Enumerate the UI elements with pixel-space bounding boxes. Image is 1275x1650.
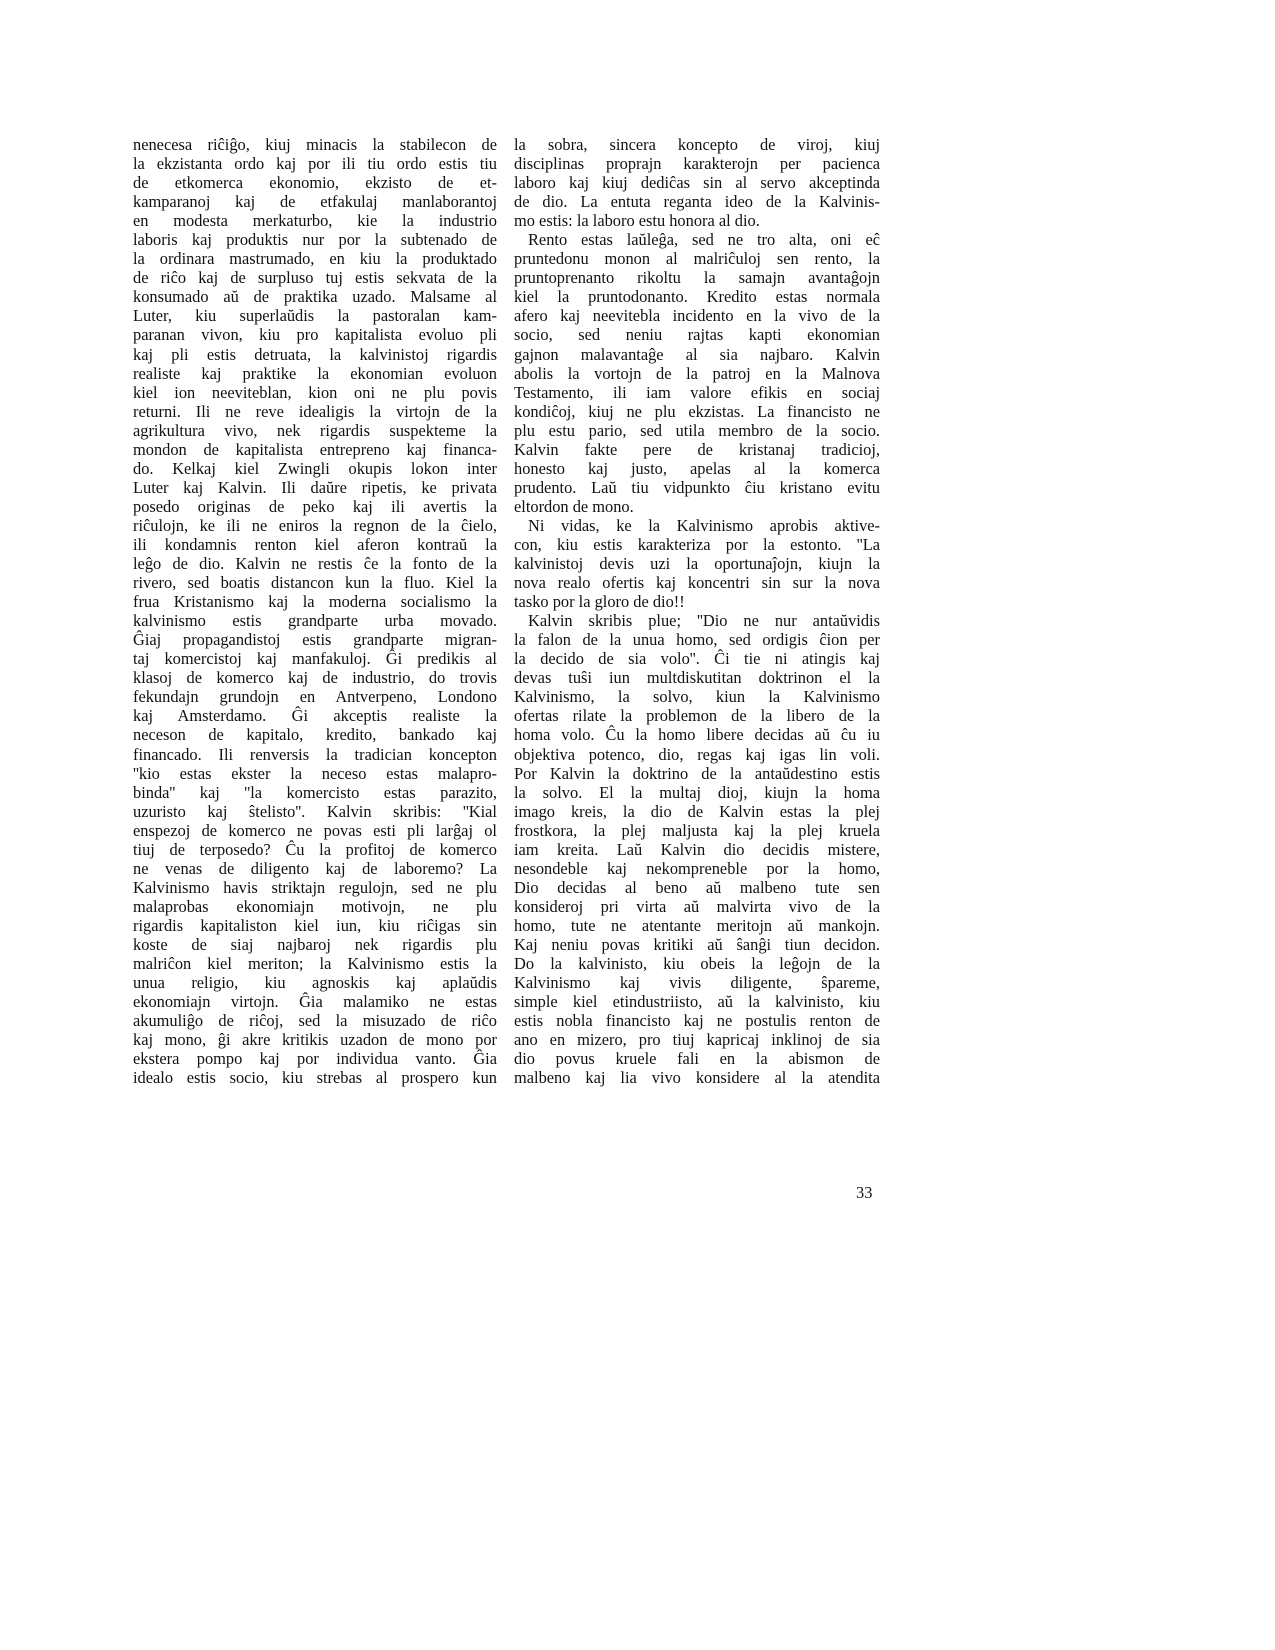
text-line: kamparanoj kaj de etfakulaj manlaboranto… [133, 192, 497, 211]
text-line: Kalvin skribis plue; ''Dio ne nur antaŭv… [514, 611, 880, 630]
right-text-column: la sobra, sincera koncepto de viroj, kiu… [514, 135, 880, 1087]
text-line: dio povus kruele fali en la abismon de [514, 1049, 880, 1068]
text-line: uzuristo kaj ŝtelisto''. Kalvin skribis:… [133, 802, 497, 821]
text-line: kondiĉoj, kiuj ne plu ekzistas. La finan… [514, 402, 880, 421]
text-line: Ĝiaj propagandistoj estis grandparte mig… [133, 630, 497, 649]
text-line: koste de siaj najbaroj nek rigardis plu [133, 935, 497, 954]
text-line: ofertas rilate la problemon de la libero… [514, 706, 880, 725]
text-line: do. Kelkaj kiel Zwingli okupis lokon int… [133, 459, 497, 478]
text-line: Testamento, ili iam valore efikis en soc… [514, 383, 880, 402]
text-line: riĉulojn, ke ili ne eniros la regnon de … [133, 516, 497, 535]
text-line: con, kiu estis karakteriza por la estont… [514, 535, 880, 554]
text-line: konsumado aŭ de praktika uzado. Malsame … [133, 287, 497, 306]
text-line: Do la kalvinisto, kiu obeis la leĝojn de… [514, 954, 880, 973]
text-line: afero kaj neevitebla incidento en la viv… [514, 306, 880, 325]
text-line: la ordinara mastrumado, en kiu la produk… [133, 249, 497, 268]
text-line: pruntedonu monon al malriĉuloj sen rento… [514, 249, 880, 268]
text-line: idealo estis socio, kiu strebas al prosp… [133, 1068, 497, 1087]
text-line: la decido de sia volo''. Ĉi tie ni ating… [514, 649, 880, 668]
text-line: de dio. La entuta reganta ideo de la Kal… [514, 192, 880, 211]
text-line: Kaj neniu povas kritiki aŭ ŝanĝi tiun de… [514, 935, 880, 954]
text-line: klasoj de komerco kaj de industrio, do t… [133, 668, 497, 687]
text-line: malaprobas ekonomiajn motivojn, ne plu [133, 897, 497, 916]
text-line: Kalvinismo havis striktajn regulojn, sed… [133, 878, 497, 897]
text-line: Por Kalvin la doktrino de la antaŭdestin… [514, 764, 880, 783]
text-line: malbeno kaj lia vivo konsidere al la ate… [514, 1068, 880, 1087]
text-line: tiuj de terposedo? Ĉu la profitoj de kom… [133, 840, 497, 859]
text-line: frostkora, la plej maljusta kaj la plej … [514, 821, 880, 840]
text-line: la falon de la unua homo, sed ordigis ĉi… [514, 630, 880, 649]
text-line: devas tuŝi iun multdiskutitan doktrinon … [514, 668, 880, 687]
text-line: eltordon de mono. [514, 497, 880, 516]
text-line: taj komercistoj kaj manfakuloj. Ĝi predi… [133, 649, 497, 668]
text-line: mo estis: la laboro estu honora al dio. [514, 211, 880, 230]
text-line: de etkomerca ekonomio, ekzisto de et- [133, 173, 497, 192]
text-line: Luter, kiu superlaŭdis la pastoralan kam… [133, 306, 497, 325]
text-line: plu estu pario, sed utila membro de la s… [514, 421, 880, 440]
text-line: honesto kaj justo, apelas al la komerca [514, 459, 880, 478]
text-line: kalvinistoj devis uzi la oportunaĵojn, k… [514, 554, 880, 573]
text-line: socio, sed neniu rajtas kapti ekonomian [514, 325, 880, 344]
text-line: financado. Ili renversis la tradician ko… [133, 745, 497, 764]
page-number: 33 [856, 1183, 872, 1203]
text-line: Kalvinismo, la solvo, kiun la Kalvinismo [514, 687, 880, 706]
text-line: prudento. Laŭ tiu vidpunkto ĉiu kristano… [514, 478, 880, 497]
text-line: disciplinas proprajn karakterojn per pac… [514, 154, 880, 173]
text-line: fekundajn grundojn en Antverpeno, London… [133, 687, 497, 706]
text-line: ekstera pompo kaj por individua vanto. Ĝ… [133, 1049, 497, 1068]
text-line: neceson de kapitalo, kredito, bankado ka… [133, 725, 497, 744]
text-line: estis nobla financisto kaj ne postulis r… [514, 1011, 880, 1030]
text-line: kaj pli estis detruata, la kalvinistoj r… [133, 345, 497, 364]
text-line: frua Kristanismo kaj la moderna socialis… [133, 592, 497, 611]
text-line: la solvo. El la multaj dioj, kiujn la ho… [514, 783, 880, 802]
text-line: homo, tute ne atentante meritojn aŭ mank… [514, 916, 880, 935]
text-line: Ni vidas, ke la Kalvinismo aprobis aktiv… [514, 516, 880, 535]
left-text-column: nenecesa riĉiĝo, kiuj minacis la stabile… [133, 135, 497, 1087]
text-line: mondon de kapitalista entrepreno kaj fin… [133, 440, 497, 459]
text-line: rivero, sed boatis distancon kun la fluo… [133, 573, 497, 592]
text-line: kaj mono, ĝi akre kritikis uzadon de mon… [133, 1030, 497, 1049]
text-line: la sobra, sincera koncepto de viroj, kiu… [514, 135, 880, 154]
text-line: kalvinismo estis grandparte urba movado. [133, 611, 497, 630]
text-line: binda'' kaj ''la komercisto estas parazi… [133, 783, 497, 802]
text-line: iam kreita. Laŭ Kalvin dio decidis miste… [514, 840, 880, 859]
text-line: kiel la pruntodonanto. Kredito estas nor… [514, 287, 880, 306]
text-line: leĝo de dio. Kalvin ne restis ĉe la font… [133, 554, 497, 573]
text-line: malriĉon kiel meriton; la Kalvinismo est… [133, 954, 497, 973]
text-line: nova realo ofertis kaj koncentri sin sur… [514, 573, 880, 592]
text-line: laboro kaj kiuj dediĉas sin al servo akc… [514, 173, 880, 192]
text-line: unua religio, kiu agnoskis kaj aplaŭdis [133, 973, 497, 992]
text-line: enspezoj de komerco ne povas esti pli la… [133, 821, 497, 840]
text-line: pruntoprenanto rikoltu la samajn avantaĝ… [514, 268, 880, 287]
text-line: paranan vivon, kiu pro kapitalista evolu… [133, 325, 497, 344]
text-line: abolis la vortojn de la patroj en la Mal… [514, 364, 880, 383]
text-line: objektiva potenco, dio, regas kaj igas l… [514, 745, 880, 764]
text-line: ano en mizero, pro tiuj kapricaj inklino… [514, 1030, 880, 1049]
text-line: kiel ion neeviteblan, kion oni ne plu po… [133, 383, 497, 402]
text-line: de riĉo kaj de surpluso tuj estis sekvat… [133, 268, 497, 287]
text-line: returni. Ili ne reve idealigis la virtoj… [133, 402, 497, 421]
text-line: en modesta merkaturbo, kie la industrio [133, 211, 497, 230]
text-line: ili kondamnis renton kiel aferon kontraŭ… [133, 535, 497, 554]
text-line: imago kreis, la dio de Kalvin estas la p… [514, 802, 880, 821]
text-line: ne venas de diligento kaj de laboremo? L… [133, 859, 497, 878]
document-page: nenecesa riĉiĝo, kiuj minacis la stabile… [0, 0, 1275, 1650]
text-line: kaj Amsterdamo. Ĝi akceptis realiste la [133, 706, 497, 725]
text-line: simple kiel etindustriisto, aŭ la kalvin… [514, 992, 880, 1011]
text-line: ekonomiajn virtojn. Ĝia malamiko ne esta… [133, 992, 497, 1011]
text-line: rigardis kapitaliston kiel iun, kiu riĉi… [133, 916, 497, 935]
text-line: agrikultura vivo, nek rigardis suspektem… [133, 421, 497, 440]
text-line: akumuliĝo de riĉoj, sed la misuzado de r… [133, 1011, 497, 1030]
text-line: nesondeble kaj nekompreneble por la homo… [514, 859, 880, 878]
text-line: realiste kaj praktike la ekonomian evolu… [133, 364, 497, 383]
text-line: tasko por la gloro de dio!! [514, 592, 880, 611]
text-line: Dio decidas al beno aŭ malbeno tute sen [514, 878, 880, 897]
text-line: Luter kaj Kalvin. Ili daŭre ripetis, ke … [133, 478, 497, 497]
text-line: posedo originas de peko kaj ili avertis … [133, 497, 497, 516]
text-line: homa volo. Ĉu la homo libere decidas aŭ … [514, 725, 880, 744]
text-line: gajnon malavantaĝe al sia najbaro. Kalvi… [514, 345, 880, 364]
text-line: ''kio estas ekster la neceso estas malap… [133, 764, 497, 783]
text-line: laboris kaj produktis nur por la subtena… [133, 230, 497, 249]
text-line: Kalvinismo kaj vivis diligente, ŝpareme, [514, 973, 880, 992]
text-line: nenecesa riĉiĝo, kiuj minacis la stabile… [133, 135, 497, 154]
text-line: la ekzistanta ordo kaj por ili tiu ordo … [133, 154, 497, 173]
text-line: Rento estas laŭleĝa, sed ne tro alta, on… [514, 230, 880, 249]
text-line: konsideroj pri virta aŭ malvirta vivo de… [514, 897, 880, 916]
text-line: Kalvin fakte pere de kristanaj tradicioj… [514, 440, 880, 459]
